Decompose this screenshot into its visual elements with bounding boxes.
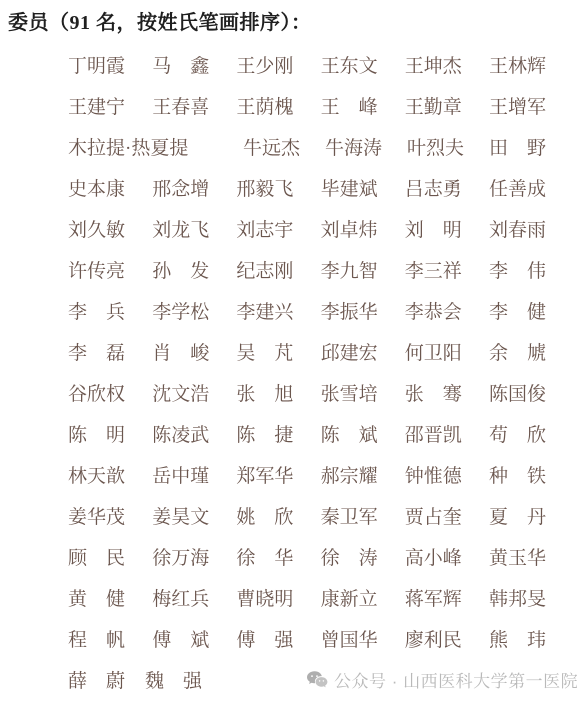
member-name-row: 李 兵李学松李建兴李振华李恭会李 健 — [0, 290, 584, 331]
member-name: 李九智 — [321, 256, 378, 283]
member-name: 林天歆 — [68, 461, 125, 488]
member-name: 王勤章 — [405, 92, 462, 119]
member-name: 丁明霞 — [68, 51, 125, 78]
member-name: 陈国俊 — [489, 379, 546, 406]
member-name-row: 姜华茂姜昊文姚 欣秦卫军贾占奎夏 丹 — [0, 495, 584, 536]
member-name: 贾占奎 — [405, 502, 462, 529]
member-name: 马 鑫 — [152, 51, 209, 78]
member-name-row: 陈 明陈凌武陈 捷陈 斌邵晋凯苟 欣 — [0, 413, 584, 454]
member-name: 康新立 — [321, 584, 378, 611]
member-name: 史本康 — [68, 174, 125, 201]
member-name: 徐 涛 — [321, 543, 378, 570]
member-name-row: 黄 健梅红兵曹晓明康新立蒋军辉韩邦旻 — [0, 577, 584, 618]
member-name: 许传亮 — [68, 256, 125, 283]
member-name: 陈 捷 — [236, 420, 293, 447]
watermark-text: 公众号 · 山西医科大学第一医院 — [334, 667, 578, 692]
member-name-row: 刘久敏刘龙飞刘志宇刘卓炜刘 明刘春雨 — [0, 208, 584, 249]
member-name: 姚 欣 — [236, 502, 293, 529]
member-name: 熊 玮 — [489, 625, 546, 652]
member-name: 姜昊文 — [152, 502, 209, 529]
member-name: 邱建宏 — [321, 338, 378, 365]
member-name-row: 木拉提·热夏提牛远杰牛海涛叶烈夫田 野 — [0, 126, 584, 167]
member-name: 夏 丹 — [489, 502, 546, 529]
member-name: 沈文浩 — [152, 379, 209, 406]
member-name: 孙 发 — [152, 256, 209, 283]
member-name: 陈凌武 — [152, 420, 209, 447]
member-name: 徐万海 — [152, 543, 209, 570]
member-name: 程 帆 — [68, 625, 125, 652]
member-name-row: 丁明霞马 鑫王少刚王东文王坤杰王林辉 — [0, 44, 584, 85]
member-name: 种 铁 — [489, 461, 546, 488]
member-name: 木拉提·热夏提 — [68, 133, 218, 160]
member-name: 王增军 — [489, 92, 546, 119]
watermark: 公众号 · 山西医科大学第一医院 — [306, 667, 578, 692]
member-name: 谷欣权 — [68, 379, 125, 406]
member-name: 岳中瑾 — [152, 461, 209, 488]
wechat-icon — [306, 670, 328, 690]
member-name-row: 谷欣权沈文浩张 旭张雪培张 骞陈国俊 — [0, 372, 584, 413]
member-name: 陈 明 — [68, 420, 125, 447]
member-name: 王林辉 — [489, 51, 546, 78]
member-name-row: 程 帆傅 斌傅 强曾国华廖利民熊 玮 — [0, 618, 584, 659]
member-name: 李恭会 — [405, 297, 462, 324]
member-name: 郑军华 — [236, 461, 293, 488]
member-name: 秦卫军 — [321, 502, 378, 529]
member-name: 邢毅飞 — [236, 174, 293, 201]
member-name: 肖 峻 — [152, 338, 209, 365]
member-name: 牛海涛 — [325, 133, 382, 160]
member-name: 钟惟德 — [405, 461, 462, 488]
member-name: 王荫槐 — [236, 92, 293, 119]
member-name: 李 磊 — [68, 338, 125, 365]
member-name: 毕建斌 — [321, 174, 378, 201]
member-name: 王 峰 — [321, 92, 378, 119]
member-name: 廖利民 — [405, 625, 462, 652]
member-name: 李 伟 — [489, 256, 546, 283]
member-name: 李振华 — [321, 297, 378, 324]
member-name: 陈 斌 — [321, 420, 378, 447]
member-name: 张 旭 — [236, 379, 293, 406]
member-name: 黄玉华 — [489, 543, 546, 570]
member-name: 高小峰 — [405, 543, 462, 570]
member-name: 刘龙飞 — [152, 215, 209, 242]
member-name: 傅 斌 — [152, 625, 209, 652]
member-name-row: 许传亮孙 发纪志刚李九智李三祥李 伟 — [0, 249, 584, 290]
member-name: 余 虓 — [489, 338, 546, 365]
member-name: 李 兵 — [68, 297, 125, 324]
member-name: 王春喜 — [152, 92, 209, 119]
member-name: 纪志刚 — [236, 256, 293, 283]
member-name: 苟 欣 — [489, 420, 546, 447]
member-name: 徐 华 — [236, 543, 293, 570]
member-name: 牛远杰 — [243, 133, 300, 160]
member-name: 刘卓炜 — [321, 215, 378, 242]
member-name-grid: 丁明霞马 鑫王少刚王东文王坤杰王林辉王建宁王春喜王荫槐王 峰王勤章王增军木拉提·… — [0, 44, 584, 700]
member-name: 叶烈夫 — [407, 133, 464, 160]
member-name: 何卫阳 — [405, 338, 462, 365]
member-name: 姜华茂 — [68, 502, 125, 529]
member-name: 曾国华 — [321, 625, 378, 652]
document-page: 委员（91 名，按姓氏笔画排序）： 丁明霞马 鑫王少刚王东文王坤杰王林辉王建宁王… — [0, 0, 584, 703]
member-name: 刘春雨 — [489, 215, 546, 242]
member-name: 吴 芃 — [236, 338, 293, 365]
member-name: 任善成 — [489, 174, 546, 201]
member-name-row: 史本康邢念增邢毅飞毕建斌吕志勇任善成 — [0, 167, 584, 208]
member-name: 黄 健 — [68, 584, 125, 611]
member-name: 王建宁 — [68, 92, 125, 119]
member-name: 刘志宇 — [236, 215, 293, 242]
member-name: 薛 蔚 — [68, 666, 125, 693]
member-name: 李学松 — [152, 297, 209, 324]
member-name: 魏 强 — [145, 666, 202, 693]
member-name: 王少刚 — [236, 51, 293, 78]
member-name: 吕志勇 — [405, 174, 462, 201]
member-name: 韩邦旻 — [489, 584, 546, 611]
member-name: 邵晋凯 — [405, 420, 462, 447]
member-name: 蒋军辉 — [405, 584, 462, 611]
member-name: 顾 民 — [68, 543, 125, 570]
member-name: 梅红兵 — [152, 584, 209, 611]
member-name: 张 骞 — [405, 379, 462, 406]
member-name-row: 王建宁王春喜王荫槐王 峰王勤章王增军 — [0, 85, 584, 126]
member-name: 邢念增 — [152, 174, 209, 201]
member-name: 王东文 — [321, 51, 378, 78]
member-name: 刘 明 — [405, 215, 462, 242]
member-name: 曹晓明 — [236, 584, 293, 611]
member-name: 郝宗耀 — [321, 461, 378, 488]
member-name: 田 野 — [489, 133, 546, 160]
member-name: 刘久敏 — [68, 215, 125, 242]
member-name: 张雪培 — [321, 379, 378, 406]
page-title: 委员（91 名，按姓氏笔画排序）： — [0, 0, 584, 37]
member-name-row: 林天歆岳中瑾郑军华郝宗耀钟惟德种 铁 — [0, 454, 584, 495]
member-name: 傅 强 — [236, 625, 293, 652]
member-name-row: 李 磊肖 峻吴 芃邱建宏何卫阳余 虓 — [0, 331, 584, 372]
member-name: 王坤杰 — [405, 51, 462, 78]
member-name-row: 顾 民徐万海徐 华徐 涛高小峰黄玉华 — [0, 536, 584, 577]
member-name: 李建兴 — [236, 297, 293, 324]
member-name: 李 健 — [489, 297, 546, 324]
member-name: 李三祥 — [405, 256, 462, 283]
